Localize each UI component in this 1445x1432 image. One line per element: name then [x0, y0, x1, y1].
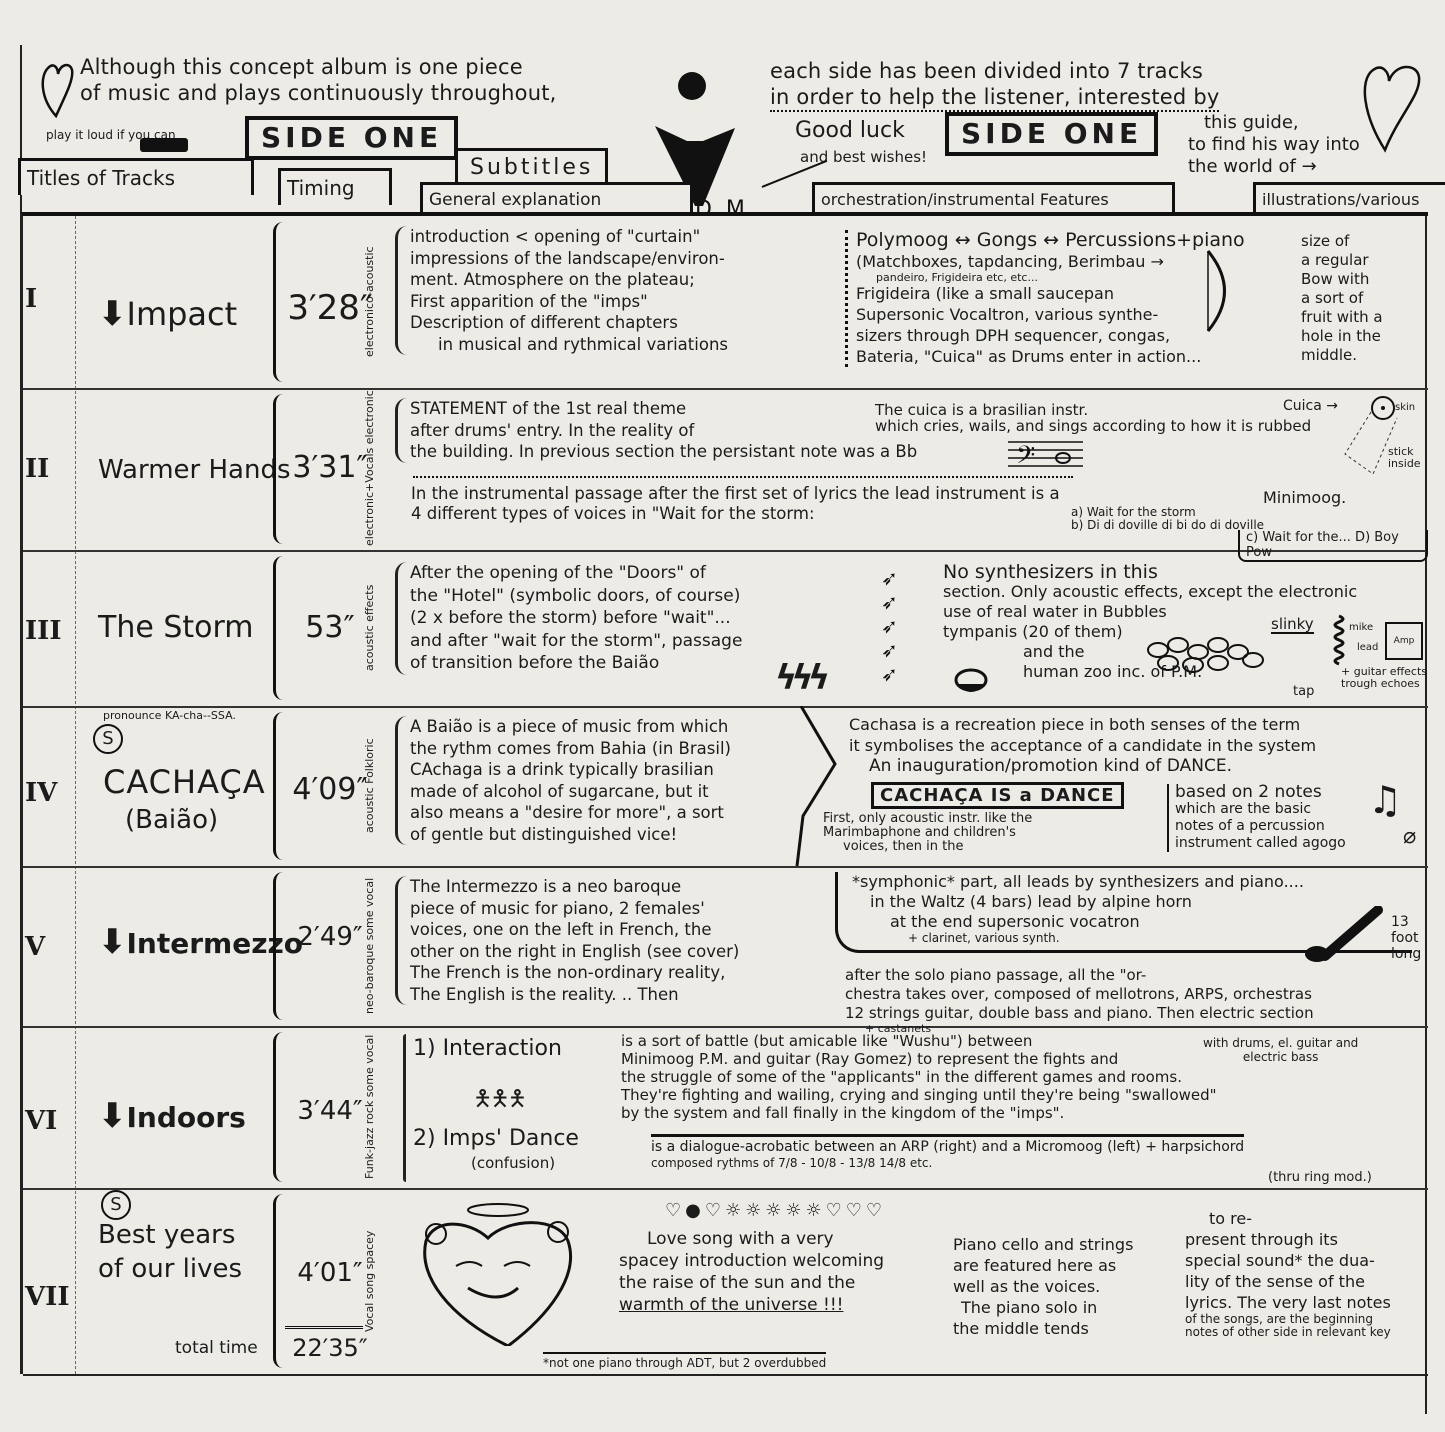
footnote: *not one piano through ADT, but 2 overdu… — [543, 1352, 826, 1371]
track-title: Best yearsof our lives — [98, 1218, 242, 1286]
column-header-titles: Titles of Tracks — [18, 158, 254, 195]
column-header-illustrations: illustrations/various — [1253, 182, 1445, 215]
stick-label: stick inside — [1388, 446, 1422, 470]
wavy-divider — [413, 476, 1073, 478]
svg-text:𝄢: 𝄢 — [1016, 441, 1035, 476]
intro-text-right: each side has been divided into 7 tracks… — [770, 58, 1219, 112]
total-time-label: total time — [175, 1338, 258, 1358]
track-genre: neo-baroque some vocal — [363, 870, 393, 1022]
track-numeral: I — [25, 284, 37, 314]
track-timing: 4′09″ — [285, 772, 375, 807]
track-timing: 3′31″ — [285, 450, 375, 485]
track-row-1: I ⬇︎Impact 3′28″ electronico-acoustic in… — [23, 216, 1428, 390]
berimbau-bow-icon — [1203, 246, 1243, 336]
track-timing: 2′49″ — [285, 922, 375, 952]
agogo-note: based on 2 noteswhich are the basic note… — [1167, 784, 1346, 852]
track-subtitle-2: In the instrumental passage after the fi… — [411, 484, 1060, 524]
side-one-label-right: SIDE ONE — [945, 112, 1158, 156]
track-timing: 3′44″ — [285, 1096, 375, 1126]
track-subtitle: The Intermezzo is a neo baroquepiece of … — [395, 876, 739, 1005]
track-illustration-text: size ofa regular Bow witha sort of fruit… — [1301, 232, 1383, 365]
ring-mod-note: (thru ring mod.) — [1268, 1170, 1372, 1186]
track-title: ⬇︎Impact — [98, 296, 237, 334]
track-title: CACHAÇA — [103, 764, 266, 800]
track-subtitle: After the opening of the "Doors" ofthe "… — [395, 562, 742, 675]
tap-label: tap — [1293, 684, 1314, 700]
track-subtitle: STATEMENT of the 1st real themeafter dru… — [395, 398, 850, 463]
orchestra-note: after the solo piano passage, all the "o… — [845, 966, 1314, 1034]
cuica-description: The cuica is a brasilian instr.which cri… — [875, 402, 1311, 434]
dancing-imps-icon: 🯅🯅🯅 — [473, 1082, 525, 1120]
single-badge: S — [101, 1190, 131, 1220]
track-numeral: IV — [25, 778, 57, 808]
guitar-effects-label: + guitar effects trough echoes — [1341, 666, 1429, 690]
lightning-icon: ϟϟϟ — [775, 658, 824, 698]
track-title: The Storm — [98, 610, 254, 646]
track-orchestration: Polymoog ↔ Gongs ↔ Percussions+piano (Ma… — [845, 230, 1245, 367]
track-orchestration: Piano cello and stringsare featured here… — [953, 1234, 1133, 1339]
track-timing: 4′01″ — [285, 1258, 375, 1288]
track-timing: 53″ — [285, 610, 375, 645]
electric-section-note: with drums, el. guitar andelectric bass — [1203, 1036, 1358, 1064]
track-row-6: VI ⬇︎Indoors 3′44″ Funk-jazz rock some v… — [23, 1026, 1428, 1190]
dance-box: CACHAÇA IS a DANCE — [871, 782, 1124, 809]
slinky-label: slinky — [1271, 616, 1314, 634]
track-row-3: III The Storm 53″ acoustic effects After… — [23, 550, 1428, 708]
heart-angel-face-icon — [408, 1196, 608, 1346]
best-wishes-text: and best wishes! — [800, 148, 927, 166]
single-badge: S — [93, 724, 123, 754]
total-rule — [285, 1326, 363, 1329]
track-title-sub: (Baião) — [125, 802, 218, 838]
heart-face-icon — [38, 58, 74, 118]
alpine-horn-icon — [1303, 906, 1383, 966]
arrow-icons: ➶➶➶➶➶ — [881, 566, 898, 686]
confusion-label: (confusion) — [471, 1154, 555, 1172]
track-subtitle: is a sort of battle (but amicable like "… — [621, 1032, 1217, 1122]
decorative-suns-hearts-icon: ♡●♡☼☼☼☼☼♡♡♡ — [665, 1200, 886, 1221]
column-header-general-explanation: General explanation — [420, 182, 693, 215]
part-interaction: 1) Interaction — [413, 1036, 562, 1061]
track-genre: electronico-acoustic — [363, 220, 393, 384]
music-notes-icon: ♫ — [1368, 780, 1402, 820]
skin-label: skin — [1395, 400, 1415, 416]
horn-size-label: 13footlong — [1391, 914, 1421, 962]
brace-left — [403, 1034, 406, 1182]
intro-text-left: Although this concept album is one piece… — [80, 54, 557, 106]
track-genre: Funk-jazz rock some vocal — [363, 1030, 393, 1184]
tympani-drum-icon — [951, 666, 991, 700]
heart-face-icon-right — [1355, 55, 1425, 155]
track-subtitle: introduction < opening of "curtain"impre… — [395, 226, 728, 355]
track-row-4: pronounce KA-cha--SSA. S IV CACHAÇA (Bai… — [23, 706, 1428, 868]
track-genre: Vocal song spacey — [363, 1192, 393, 1370]
part-imps-dance: 2) Imps' Dance — [413, 1126, 579, 1151]
minimoog-label: Minimoog. — [1263, 488, 1346, 507]
track-numeral: VI — [25, 1106, 57, 1136]
side-one-label-left: SIDE ONE — [245, 116, 458, 160]
track-timing: 3′28″ — [285, 288, 375, 328]
column-header-orchestration: orchestration/instrumental Features — [812, 182, 1175, 215]
voice-types: a) Wait for the stormb) Di di doville di… — [1071, 506, 1264, 532]
mike-label: mike — [1349, 620, 1373, 636]
imps-dance-description: is a dialogue-acrobatic between an ARP (… — [651, 1134, 1244, 1171]
pronounce-note: pronounce KA-cha--SSA. — [103, 708, 273, 724]
agogo-bell-icon: ⌀ — [1403, 824, 1416, 849]
track-genre: acoustic effects — [363, 554, 393, 702]
track-genre: acoustic Folkloric — [363, 710, 393, 862]
track-subtitle: A Baião is a piece of music from whichth… — [395, 716, 731, 845]
track-title: ⬇︎Indoors — [98, 1098, 246, 1136]
track-numeral: VII — [25, 1282, 70, 1312]
track-genre: electronic+Vocals electronic — [363, 392, 393, 546]
bubbles-icon — [1143, 630, 1273, 675]
track-row-2: II Warmer Hands 3′31″ electronic+Vocals … — [23, 388, 1428, 552]
track-numeral: III — [25, 616, 62, 646]
intro-text-right-cont: this guide, to find his way into the wor… — [1188, 112, 1360, 178]
track-orchestration: Cachasa is a recreation piece in both se… — [849, 714, 1316, 777]
track-table: I ⬇︎Impact 3′28″ electronico-acoustic in… — [20, 212, 1428, 1374]
amp-icon: Amp — [1385, 622, 1423, 660]
bass-clef-staff-icon: 𝄢 — [1008, 432, 1083, 480]
good-luck-text: Good luck — [795, 118, 905, 143]
lead-label: lead — [1357, 640, 1378, 656]
track-row-7: S VII Best yearsof our lives total time … — [23, 1188, 1428, 1376]
record-player-icon — [140, 138, 188, 152]
track-row-5: V ⬇︎Intermezzo 2′49″ neo-baroque some vo… — [23, 866, 1428, 1028]
track-title: Warmer Hands — [98, 452, 291, 488]
track-numeral: V — [25, 932, 45, 962]
total-time-value: 22′35″ — [285, 1334, 375, 1362]
track-subtitle: Love song with a very spacey introductio… — [619, 1228, 884, 1316]
column-header-timing: Timing — [278, 168, 392, 205]
track-numeral: II — [25, 454, 49, 484]
column-header-subtitles: Subtitles — [455, 148, 608, 185]
track-illustration-text: to re-present through its special sound*… — [1185, 1208, 1391, 1339]
first-only-note: First, only acoustic instr. like theMari… — [823, 812, 1032, 854]
